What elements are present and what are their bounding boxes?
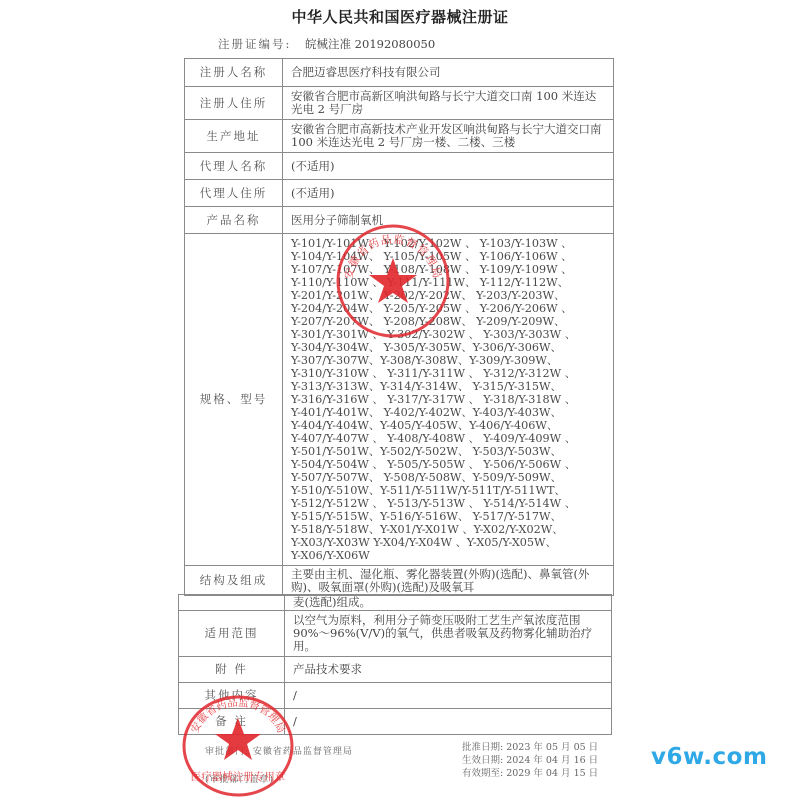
row-registrant-address: 注册人住所 安徽省合肥市高新区响洪甸路与长宁大道交口南 100 米连达光电 2 …: [185, 87, 614, 120]
site-watermark: v6w.com: [651, 744, 767, 770]
field-label: 备 注: [179, 709, 285, 735]
spec-model-line: Y-310/Y-310W 、 Y-311/Y-311W 、 Y-312/Y-31…: [291, 367, 605, 380]
field-value: 医用分子筛制氧机: [283, 207, 614, 234]
spec-model-line: Y-X06/Y-X06W: [291, 549, 605, 562]
spec-model-line: Y-316/Y-316W 、 Y-317/Y-317W 、 Y-318/Y-31…: [291, 393, 605, 406]
spec-model-line: Y-110/Y-110W 、 Y-111/Y-111W、 Y-112/Y-112…: [291, 276, 605, 289]
field-value: 合肥迈睿思医疗科技有限公司: [283, 59, 614, 87]
row-agent-name: 代理人名称 (不适用): [185, 153, 614, 180]
row-product-name: 产品名称 医用分子筛制氧机: [185, 207, 614, 234]
certificate-table-page1: 注册人名称 合肥迈睿思医疗科技有限公司 注册人住所 安徽省合肥市高新区响洪甸路与…: [184, 58, 614, 596]
spec-model-line: Y-104/Y-104W、 Y-105/Y-105W 、 Y-106/Y-106…: [291, 250, 605, 263]
field-value: (不适用): [283, 180, 614, 207]
field-label: 附 件: [179, 657, 285, 683]
spec-model-line: Y-501/Y-501W、Y-502/Y-502W、 Y-503/Y-503W、: [291, 445, 605, 458]
document-title: 中华人民共和国医疗器械注册证: [0, 6, 800, 27]
spec-model-line: Y-101/Y-101W、 Y-102/Y-102W 、 Y-103/Y-103…: [291, 237, 605, 250]
spec-model-line: Y-301/Y-301W 、 Y-302/Y-302W 、 Y-303/Y-30…: [291, 328, 605, 341]
row-other: 其他内容 /: [179, 683, 612, 709]
field-value: /: [285, 683, 612, 709]
field-label: 代理人住所: [185, 180, 283, 207]
field-label: 生产地址: [185, 120, 283, 153]
spec-model-line: Y-307/Y-307W、Y-308/Y-308W、Y-309/Y-309W、: [291, 354, 605, 367]
row-structure: 结构及组成 主要由主机、湿化瓶、雾化器装置(外购)(选配)、鼻氧管(外购)、吸氧…: [185, 566, 614, 596]
row-agent-address: 代理人住所 (不适用): [185, 180, 614, 207]
field-value: /: [285, 709, 612, 735]
row-attachment: 附 件 产品技术要求: [179, 657, 612, 683]
field-label: 注册人住所: [185, 87, 283, 120]
field-value: 麦(选配)组成。: [285, 595, 612, 611]
spec-model-line: Y-404/Y-404W、Y-405/Y-405W、Y-406/Y-406W、: [291, 419, 605, 432]
expiry-date: 有效期至: 2029 年 04 月 15 日: [462, 767, 598, 780]
field-value: 主要由主机、湿化瓶、雾化器装置(外购)(选配)、鼻氧管(外购)、吸氧面罩(外购)…: [283, 566, 614, 596]
row-scope: 适用范围 以空气为原料，利用分子筛变压吸附工艺生产氧浓度范围 90%～96%(V…: [179, 611, 612, 657]
spec-model-line: Y-313/Y-313W、Y-314/Y-314W、 Y-315/Y-315W、: [291, 380, 605, 393]
spec-model-line: Y-204/Y-204W、 Y-205/Y-205W 、 Y-206/Y-206…: [291, 302, 605, 315]
spec-model-line: Y-107/Y-107W、 Y-108/Y-108W 、 Y-109/Y-109…: [291, 263, 605, 276]
spec-model-line: Y-512/Y-512W 、 Y-513/Y-513W 、 Y-514/Y-51…: [291, 497, 605, 510]
spec-model-line: Y-515/Y-515W、Y-516/Y-516W、 Y-517/Y-517W、: [291, 510, 605, 523]
field-value: 安徽省合肥市高新区响洪甸路与长宁大道交口南 100 米连达光电 2 号厂房: [283, 87, 614, 120]
seal-note: (审批部门盖章): [205, 772, 274, 785]
field-value: 产品技术要求: [285, 657, 612, 683]
field-value: 以空气为原料，利用分子筛变压吸附工艺生产氧浓度范围 90%～96%(V/V)的氧…: [285, 611, 612, 657]
field-value: 安徽省合肥市高新技术产业开发区响洪甸路与长宁大道交口南 100 米连达光电 2 …: [283, 120, 614, 153]
certificate-table-page2: 麦(选配)组成。 适用范围 以空气为原料，利用分子筛变压吸附工艺生产氧浓度范围 …: [178, 594, 612, 735]
certificate-dates: 批准日期: 2023 年 05 月 05 日 生效日期: 2024 年 04 月…: [462, 741, 598, 780]
field-label: 代理人名称: [185, 153, 283, 180]
row-remarks: 备 注 /: [179, 709, 612, 735]
field-label: 适用范围: [179, 611, 285, 657]
spec-model-line: Y-518/Y-518W、Y-X01/Y-X01W 、Y-X02/Y-X02W、: [291, 523, 605, 536]
spec-model-line: Y-X03/Y-X03W Y-X04/Y-X04W 、Y-X05/Y-X05W、: [291, 536, 605, 549]
approval-date: 批准日期: 2023 年 05 月 05 日: [462, 741, 598, 754]
field-label: 结构及组成: [185, 566, 283, 596]
field-label: 规格、型号: [185, 234, 283, 566]
spec-model-line: Y-304/Y-304W、 Y-305/Y-305W、Y-306/Y-306W、: [291, 341, 605, 354]
registration-number-value: 皖械注准 20192080050: [305, 37, 435, 51]
spec-model-line: Y-504/Y-504W 、 Y-505/Y-505W 、 Y-506/Y-50…: [291, 458, 605, 471]
row-structure-continued: 麦(选配)组成。: [179, 595, 612, 611]
field-label-empty: [179, 595, 285, 611]
row-production-address: 生产地址 安徽省合肥市高新技术产业开发区响洪甸路与长宁大道交口南 100 米连达…: [185, 120, 614, 153]
spec-model-line: Y-201/Y-201W、 Y-202/Y-202W、 Y-203/Y-203W…: [291, 289, 605, 302]
field-label: 产品名称: [185, 207, 283, 234]
field-label: 注册人名称: [185, 59, 283, 87]
spec-model-line: Y-507/Y-507W、 Y-508/Y-508W、Y-509/Y-509W、: [291, 471, 605, 484]
spec-model-line: Y-407/Y-407W 、 Y-408/Y-408W 、 Y-409/Y-40…: [291, 432, 605, 445]
approval-department: 审批部门: 安徽省药品监督管理局 (审批部门盖章): [205, 744, 353, 757]
field-value: (不适用): [283, 153, 614, 180]
spec-model-line: Y-510/Y-510W、Y-511/Y-511W/Y-511T/Y-511WT…: [291, 484, 605, 497]
registration-number: 注册证编号: 皖械注准 20192080050: [218, 36, 435, 52]
effective-date: 生效日期: 2024 年 04 月 16 日: [462, 754, 598, 767]
field-label: 其他内容: [179, 683, 285, 709]
spec-model-line: Y-401/Y-401W、 Y-402/Y-402W、Y-403/Y-403W、: [291, 406, 605, 419]
row-specification-model: 规格、型号 Y-101/Y-101W、 Y-102/Y-102W 、 Y-103…: [185, 234, 614, 566]
registration-number-label: 注册证编号:: [218, 37, 291, 51]
spec-model-line: Y-207/Y-207W、 Y-208/Y-208W、 Y-209/Y-209W…: [291, 315, 605, 328]
row-registrant-name: 注册人名称 合肥迈睿思医疗科技有限公司: [185, 59, 614, 87]
department-text: 审批部门: 安徽省药品监督管理局: [205, 747, 353, 757]
spec-model-list: Y-101/Y-101W、 Y-102/Y-102W 、 Y-103/Y-103…: [283, 234, 614, 566]
